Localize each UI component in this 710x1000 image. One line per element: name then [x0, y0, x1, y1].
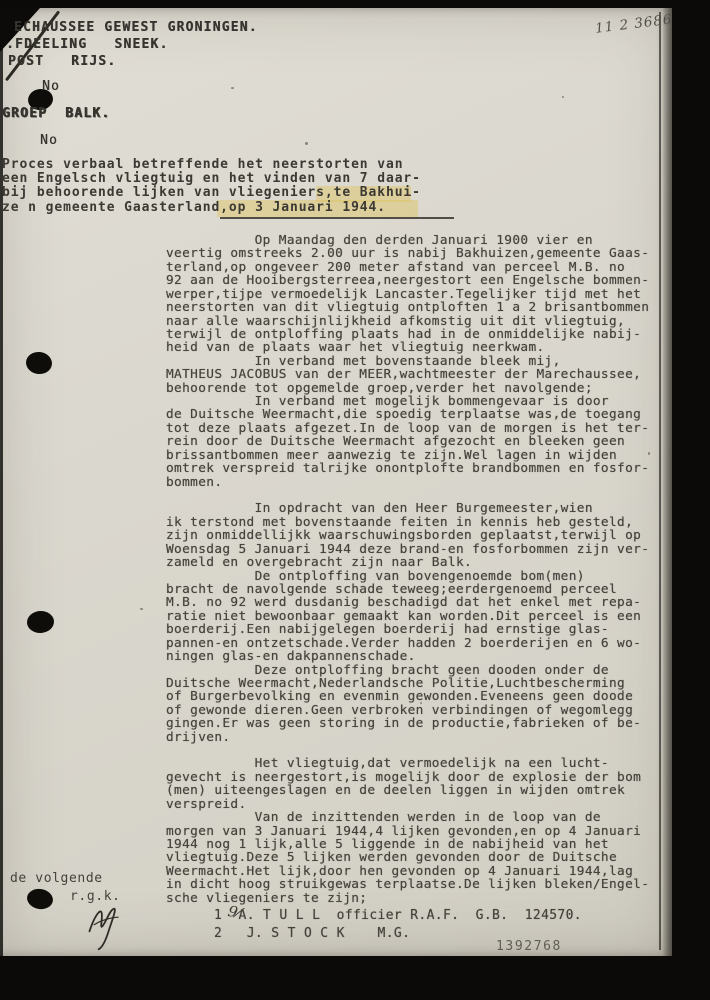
- handwritten-initials: [81, 897, 131, 957]
- photo-border-top: [0, 0, 710, 8]
- casualty-list: 1 A. T U L L officier R.A.F. G.B. 124570…: [214, 907, 582, 943]
- letterhead-unit-line: ECHAUSSEE GEWEST GRONINGEN.: [14, 20, 258, 35]
- photo-border-left: [0, 8, 3, 956]
- letterhead-group-line: GROEP BALK.: [2, 106, 110, 121]
- serial-number-stamp: 1392768: [496, 939, 562, 954]
- title-line-1: Proces verbaal betreffende het neerstort…: [2, 158, 421, 172]
- report-body-text: Op Maandag den derden Januari 1900 vier …: [166, 234, 649, 905]
- margin-note-typed-1: de volgende: [10, 871, 103, 886]
- title-line-4: ze n gemeente Gaasterland,op 3 Januari 1…: [2, 201, 421, 215]
- photo-border-bottom: [0, 956, 710, 1000]
- paper-edge-shadow: [663, 8, 672, 956]
- title-line-3: bij behoorende lijken van vliegeniers,te…: [2, 186, 421, 200]
- paper-speck: [140, 608, 143, 610]
- number-label-2: No: [40, 133, 58, 148]
- paper-edge-line: [659, 12, 661, 950]
- document-title: Proces verbaal betreffende het neerstort…: [2, 158, 421, 215]
- casualty-line-2: 2 J. S T O C K M.G.: [214, 926, 410, 941]
- number-label-1: No: [42, 79, 60, 94]
- photo-border-right: [672, 0, 710, 1000]
- paper-speck: [231, 87, 234, 89]
- title-underline: [220, 217, 454, 219]
- paper-speck: [562, 96, 564, 98]
- document-photo: 11 2 3686 ECHAUSSEE GEWEST GRONINGEN. .F…: [0, 0, 710, 1000]
- letterhead-post-line: POST RIJS.: [8, 54, 116, 69]
- casualty-line-1: 1 A. T U L L officier R.A.F. G.B. 124570…: [214, 908, 582, 923]
- letterhead-division-line: .FDEELING SNEEK.: [6, 37, 168, 52]
- paper-speck: [305, 142, 308, 145]
- title-line-2: een Engelsch vliegtuig en het vinden van…: [2, 172, 421, 186]
